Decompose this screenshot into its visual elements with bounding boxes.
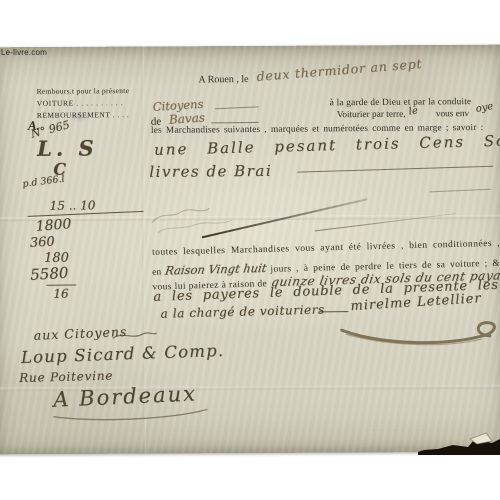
form-line-vous-env: vous env bbox=[436, 109, 469, 119]
address-line2: Loup Sicard & Comp. bbox=[21, 341, 225, 367]
weight-note: p.d 366.l bbox=[22, 173, 65, 189]
consignor-name: Bavas bbox=[168, 111, 205, 127]
dateline-printed: A Rouen , le bbox=[198, 74, 248, 85]
margin-figure: 360 bbox=[29, 234, 55, 250]
merchant-mark-top: L. S bbox=[37, 135, 98, 161]
address-line3: Rue Poitevine bbox=[19, 369, 113, 385]
document-content: Rembours.t pour la présente VOITURE . . … bbox=[0, 0, 500, 500]
stamp-box-line1: Rembours.t pour la présente bbox=[37, 86, 130, 96]
stamp-box-line3: REMBOURSEMENT . . . . bbox=[37, 110, 130, 120]
signature-paraph-flourish bbox=[336, 313, 500, 359]
ruled-dash bbox=[297, 166, 493, 173]
form-line-garde-de-dieu: à la garde de Dieu et par la conduite bbox=[330, 97, 472, 108]
hand-fill-le: le bbox=[408, 105, 419, 117]
form-line-voiturier: Voiturier par terre, bbox=[337, 110, 406, 121]
margin-figure: 16 bbox=[53, 287, 68, 301]
hand-fill-oye: oye bbox=[475, 101, 494, 115]
dash bbox=[211, 122, 259, 124]
margin-figure: 15 .. 10 bbox=[50, 198, 96, 212]
photo-of-waybill-document: Le-livre.com Rembours.t pour la présente… bbox=[0, 0, 500, 500]
closing-line2: a la chargé de voituriers bbox=[160, 302, 325, 320]
faint-dash bbox=[429, 189, 491, 193]
margin-figure: 5580 bbox=[30, 264, 69, 284]
pen-stroke bbox=[315, 213, 456, 232]
goods-line2: livres de Brai bbox=[149, 162, 272, 181]
bordeaux-underline-swash bbox=[49, 406, 214, 423]
dash bbox=[215, 106, 259, 109]
dateline-handwritten: deux thermidor an sept bbox=[256, 56, 423, 84]
faint-scribble bbox=[148, 196, 278, 239]
stamp-box-line2: VOITURE . . . . . . . . . . bbox=[37, 98, 124, 108]
address-flourish bbox=[111, 329, 159, 343]
margin-figure: 1800 bbox=[35, 216, 72, 235]
